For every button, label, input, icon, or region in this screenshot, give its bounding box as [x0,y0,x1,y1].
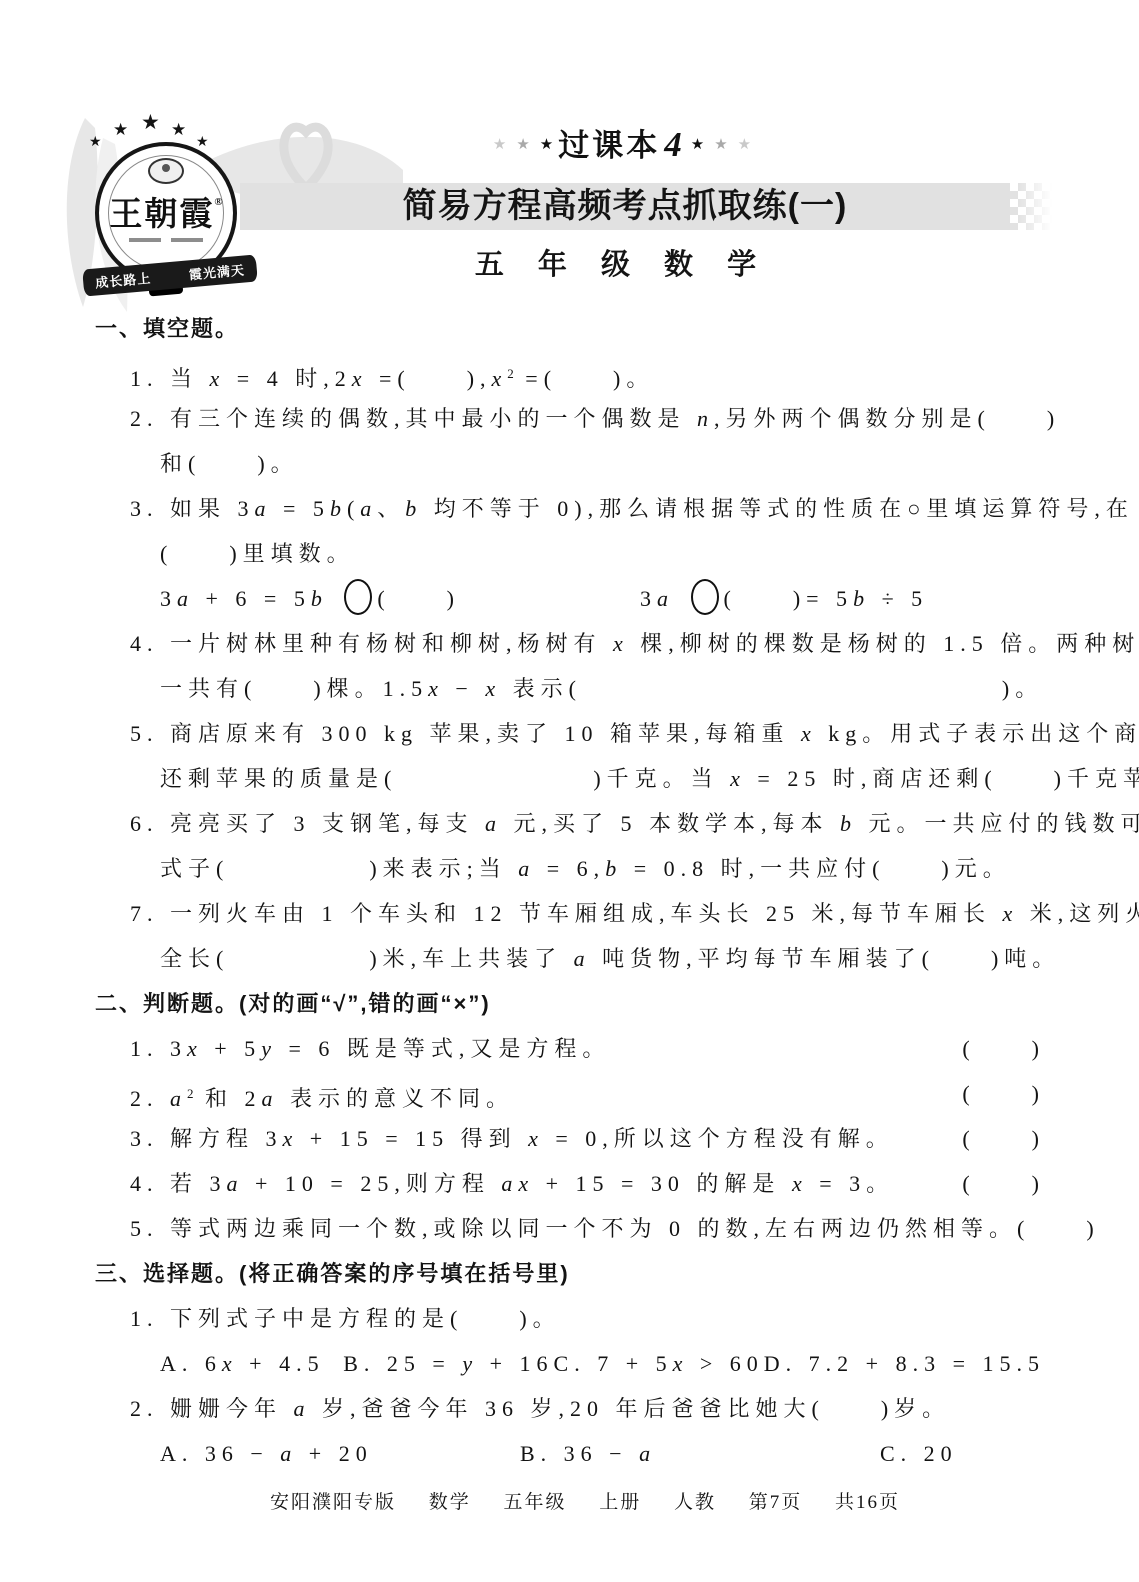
choice-q1-option-a: A. 6x + 4.5 [160,1341,343,1386]
judge-q3-parens: ( ) [962,1116,1045,1161]
banner-title: 简易方程高频考点抓取练(一) [403,187,848,225]
fill-q2-line1: 2. 有三个连续的偶数,其中最小的一个偶数是 n,另外两个偶数分别是( ) [95,396,1045,441]
choice-q1-option-b: B. 25 = y + 16 [343,1341,553,1386]
footer-edition: 安阳濮阳专版 [270,1492,396,1513]
fill-q4-line2: 一共有( )棵。1.5x − x 表示( )。 [95,666,1045,711]
fill-q6-line2: 式子( )来表示;当 a = 6,b = 0.8 时,一共应付( )元。 [95,846,1045,891]
fill-q7-line1: 7. 一列火车由 1 个车头和 12 节车厢组成,车头长 25 米,每节车厢长 … [95,891,1045,936]
fill-q3-line1: 3. 如果 3a = 5b(a、b 均不等于 0),那么请根据等式的性质在○里填… [95,486,1045,531]
brand-name-text: 王朝霞 [109,197,214,233]
judge-q4-parens: ( ) [962,1161,1045,1206]
fill-q3-equations: 3a + 6 = 5b ( ) 3a ( )= 5b ÷ 5 [95,576,1045,621]
choice-q1: 1. 下列式子中是方程的是( )。 [95,1296,1045,1341]
judge-q3-text: 3. 解方程 3x + 15 = 15 得到 x = 0,所以这个方程没有解。 [130,1116,894,1161]
judge-q5-parens: ( ) [1017,1206,1100,1251]
fill-q7-line2: 全长( )米,车上共装了 a 吨货物,平均每节车厢装了( )吨。 [95,936,1045,981]
section-judge-heading: 二、判断题。(对的画“√”,错的画“×”) [95,981,1045,1026]
choice-q2-option-c: C. 20 [880,1431,1045,1476]
judge-q1-parens: ( ) [962,1026,1045,1071]
judge-q4: 4. 若 3a + 10 = 25,则方程 ax + 15 = 30 的解是 x… [95,1161,1045,1206]
fill-q4-line1: 4. 一片树林里种有杨树和柳树,杨树有 x 棵,柳树的棵数是杨树的 1.5 倍。… [95,621,1045,666]
judge-q2-text: 2. a2 和 2a 表示的意义不同。 [130,1071,514,1116]
choice-q2-option-a: A. 36 − a + 20 [160,1431,520,1476]
fill-q2-line2: 和( )。 [95,441,1045,486]
footer-publisher: 人教 [674,1492,716,1513]
checker-decoration [1010,183,1052,230]
judge-q1: 1. 3x + 5y = 6 既是等式,又是方程。 ( ) [95,1026,1045,1071]
fill-q6-line1: 6. 亮亮买了 3 支钢笔,每支 a 元,买了 5 本数学本,每本 b 元。一共… [95,801,1045,846]
star-icon: ★ [691,137,704,153]
fill-q3-line2: ( )里填数。 [95,531,1045,576]
section-choice-heading: 三、选择题。(将正确答案的序号填在括号里) [95,1251,1045,1296]
logo-portrait [148,158,184,184]
judge-q1-text: 1. 3x + 5y = 6 既是等式,又是方程。 [130,1026,610,1071]
footer-subject: 数学 [429,1492,471,1513]
logo-slogan-illegible [129,238,203,242]
star-icon: ★ [196,136,209,150]
worksheet-page: ★ ★ ★ ★ ★ 王朝霞® 成长路上 霞光满天 ★★★过课本4★★★ 简易方程… [0,0,1139,1582]
judge-q4-text: 4. 若 3a + 10 = 25,则方程 ax + 15 = 30 的解是 x… [130,1161,894,1206]
fill-q5-line2: 还剩苹果的质量是( )千克。当 x = 25 时,商店还剩( )千克苹果。 [95,756,1045,801]
star-icon: ★ [493,137,506,153]
judge-q2-parens: ( ) [962,1071,1045,1116]
judge-q3: 3. 解方程 3x + 15 = 15 得到 x = 0,所以这个方程没有解。 … [95,1116,1045,1161]
banner-title-bar: 简易方程高频考点抓取练(一) [240,183,1010,230]
portrait-head [162,164,170,172]
star-icon: ★ [714,137,727,153]
choice-q2-option-b: B. 36 − a [520,1431,880,1476]
footer-grade: 五年级 [503,1492,566,1513]
series-number: 4 [664,125,682,164]
star-icon: ★ [738,137,751,153]
footer-volume: 上册 [599,1492,641,1513]
series-title: 过课本 [558,128,660,163]
judge-q2: 2. a2 和 2a 表示的意义不同。 ( ) [95,1071,1045,1116]
fill-q1: 1. 当 x = 4 时,2x =( ),x2 =( )。 [95,351,1045,396]
page-footer: 安阳濮阳专版 数学 五年级 上册 人教 第7页 共16页 [95,1487,1045,1514]
fill-q5-line1: 5. 商店原来有 300 kg 苹果,卖了 10 箱苹果,每箱重 x kg。用式… [95,711,1045,756]
judge-q5-text: 5. 等式两边乘同一个数,或除以同一个不为 0 的数,左右两边仍然相等。 [130,1206,1017,1251]
star-icon: ★ [171,121,186,138]
judge-q5: 5. 等式两边乘同一个数,或除以同一个不为 0 的数,左右两边仍然相等。 ( ) [95,1206,1045,1251]
star-icon: ★ [516,137,529,153]
choice-q1-options: A. 6x + 4.5 B. 25 = y + 16 C. 7 + 5x > 6… [95,1341,1045,1386]
series-title-line: ★★★过课本4★★★ [200,124,1044,166]
ribbon-text-left: 成长路上 [94,268,151,292]
footer-page-number: 第7页 [749,1492,803,1513]
brand-logo: ★ ★ ★ ★ ★ 王朝霞® 成长路上 霞光满天 [75,110,270,315]
star-icon: ★ [141,112,160,133]
footer-page-total: 共16页 [835,1492,900,1513]
star-icon: ★ [540,137,553,153]
choice-q1-option-d: D. 7.2 + 8.3 = 15.5 [764,1341,1045,1386]
worksheet-body: 一、填空题。 1. 当 x = 4 时,2x =( ),x2 =( )。 2. … [95,306,1045,1476]
fill-q3-equation-2: 3a ( )= 5b ÷ 5 [640,576,928,621]
choice-q1-option-c: C. 7 + 5x > 60 [554,1341,764,1386]
choice-q2: 2. 姗姗今年 a 岁,爸爸今年 36 岁,20 年后爸爸比她大( )岁。 [95,1386,1045,1431]
fill-q3-equation-1: 3a + 6 = 5b ( ) [160,576,640,621]
logo-brand-name: 王朝霞® [99,188,233,235]
star-icon: ★ [89,136,102,150]
ribbon-text-right: 霞光满天 [188,259,245,283]
choice-q2-options: A. 36 − a + 20 B. 36 − a C. 20 [95,1431,1045,1476]
registered-mark: ® [214,196,222,208]
star-icon: ★ [113,121,128,138]
